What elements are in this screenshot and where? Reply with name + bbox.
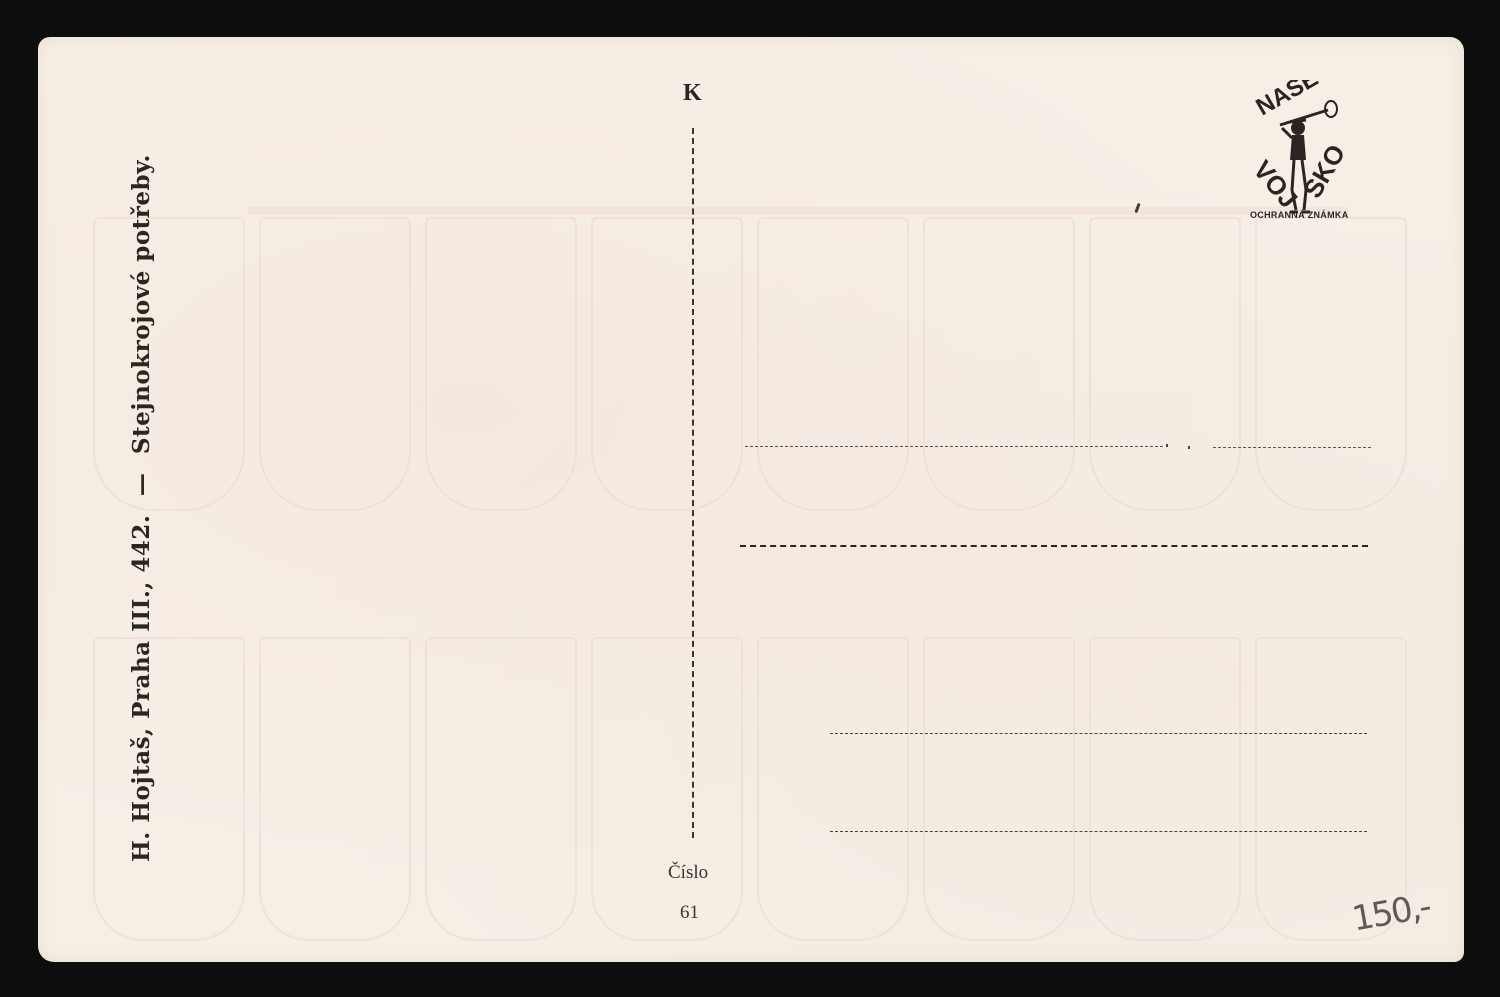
publisher-name: H. Hojtaš, Praha III., 442. [128,515,155,862]
address-dot [1188,446,1190,449]
ghost-shield [1089,217,1241,511]
ghost-shield [93,217,245,511]
logo-word-vojsko-right: SKO [1297,139,1351,203]
ghost-shield [1089,637,1241,941]
ghost-shield [591,217,743,511]
show-through-shields-row-top [93,217,1407,511]
ghost-shield [425,637,577,941]
ghost-shield [259,217,411,511]
series-title: Stejnokrojové potřeby. [128,154,155,454]
ghost-shield [923,637,1075,941]
soldier-bugler-icon: NAŠE VOJ SKO [1240,80,1370,230]
address-dot [1166,444,1168,447]
ghost-shield [425,217,577,511]
ghost-shield [93,637,245,941]
show-through-shields-row-bottom [93,637,1407,941]
ghost-shield [923,217,1075,511]
address-line-3 [830,733,1367,734]
ghost-shield [591,637,743,941]
show-through-band [248,207,1348,215]
imprint-separator: — [128,473,155,497]
address-line-4 [830,831,1367,832]
top-mark: K [683,80,702,107]
publisher-imprint: H. Hojtaš, Praha III., 442. — Stejnokroj… [128,144,155,862]
address-line-1 [745,446,1163,447]
address-line-1b [1213,447,1371,448]
address-line-2 [740,545,1368,547]
stamp-caption: OCHRANNÁ ZNÁMKA [1250,210,1349,220]
number-label: Číslo [668,862,708,884]
ghost-shield [757,637,909,941]
ghost-shield [757,217,909,511]
card-number: 61 [680,902,699,924]
ghost-shield [259,637,411,941]
ghost-shield [1255,217,1407,511]
center-dashed-divider [692,128,694,838]
